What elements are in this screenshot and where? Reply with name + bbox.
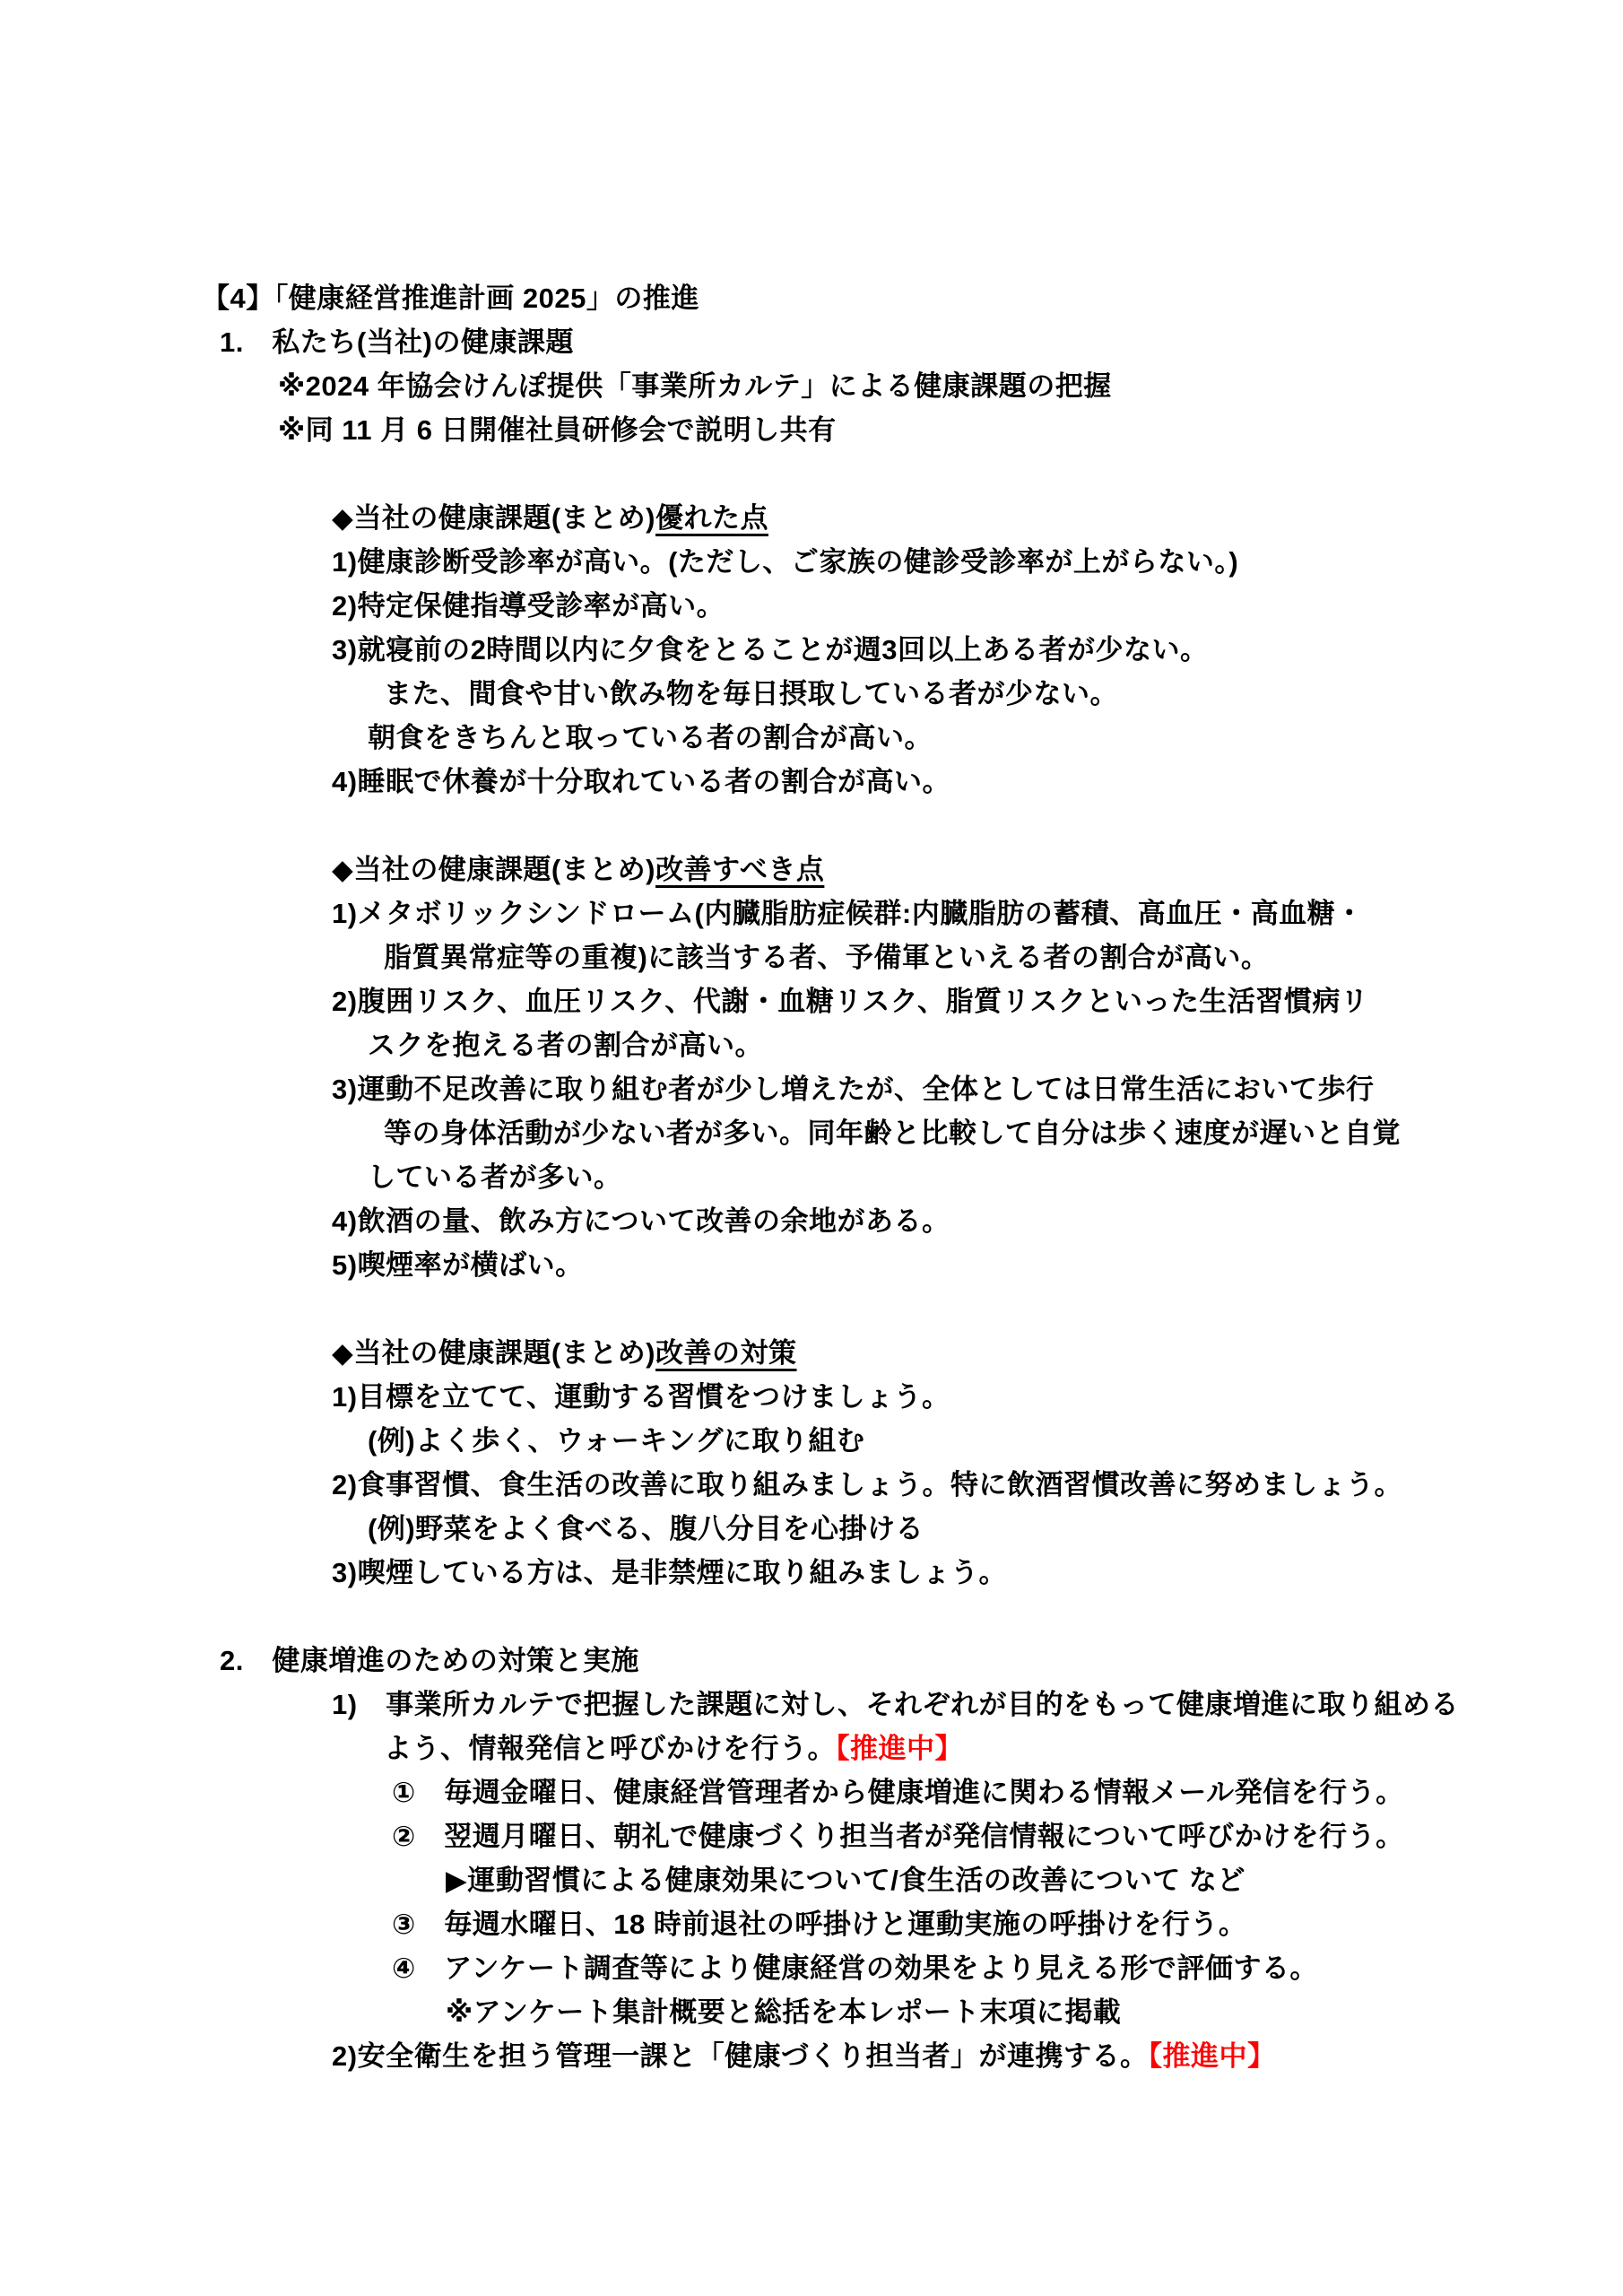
subsection-heading-measures: ◆当社の健康課題(まとめ)改善の対策 xyxy=(332,1331,1565,1375)
text-segment: 脂質異常症等の重複)に該当する者、予備軍といえる者の割合が高い。 xyxy=(384,942,1269,973)
text-segment: 1. 私たち(当社)の健康課題 xyxy=(220,326,574,358)
text-segment: 1)健康診断受診率が高い。(ただし、ご家族の健診受診率が上がらない。) xyxy=(332,546,1238,578)
subsection-heading-strengths: ◆当社の健康課題(まとめ)優れた点 xyxy=(332,496,1565,540)
text-segment: 3)喫煙している方は、是非禁煙に取り組みましょう。 xyxy=(332,1557,1007,1588)
text-segment: している者が多い。 xyxy=(368,1161,622,1193)
text-segment: ※2024 年協会けんぽ提供「事業所カルテ」による健康課題の把握 xyxy=(278,370,1112,402)
text-segment: ◆当社の健康課題(まとめ) xyxy=(332,1337,655,1369)
status-badge-promoting: 【推進中】 xyxy=(1149,2040,1276,2072)
text-segment: ◆当社の健康課題(まとめ) xyxy=(332,854,655,885)
list-item: 1)メタボリックシンドローム(内臓脂肪症候群:内臓脂肪の蓄積、高血圧・高血糖・ xyxy=(332,891,1565,935)
blank-line xyxy=(202,1287,1565,1331)
list-item: 1) 事業所カルテで把握した課題に対し、それぞれが目的をもって健康増進に取り組め… xyxy=(332,1683,1565,1726)
list-item: 4)睡眠で休養が十分取れている者の割合が高い。 xyxy=(332,760,1565,804)
text-segment: 等の身体活動が少ない者が多い。同年齢と比較して自分は歩く速度が遅いと自覚 xyxy=(384,1118,1401,1149)
list-item: 2)安全衛生を担う管理一課と「健康づくり担当者」が連携する。【推進中】 xyxy=(332,2034,1565,2078)
text-segment: ※アンケート集計概要と総括を本レポート末項に掲載 xyxy=(446,1996,1121,2028)
text-segment: ※同 11 月 6 日開催社員研修会で説明し共有 xyxy=(278,414,837,446)
list-item: 2)特定保健指導受診率が高い。 xyxy=(332,584,1565,628)
text-segment: 2)食事習慣、食生活の改善に取り組みましょう。特に飲酒習慣改善に努めましょう。 xyxy=(332,1469,1402,1500)
text-segment: 1)メタボリックシンドローム(内臓脂肪症候群:内臓脂肪の蓄積、高血圧・高血糖・ xyxy=(332,898,1364,929)
list-item-continuation: 朝食をきちんと取っている者の割合が高い。 xyxy=(368,716,1565,760)
list-item: 4)飲酒の量、飲み方について改善の余地がある。 xyxy=(332,1199,1565,1243)
list-item: 3)喫煙している方は、是非禁煙に取り組みましょう。 xyxy=(332,1551,1565,1595)
text-segment: ▶運動習慣による健康効果について/食生活の改善について など xyxy=(446,1865,1245,1896)
text-segment: 改善の対策 xyxy=(655,1337,797,1369)
list-item: 1)目標を立てて、運動する習慣をつけましょう。 xyxy=(332,1375,1565,1419)
list-item-continuation: よう、情報発信と呼びかけを行う。【推進中】 xyxy=(384,1726,1565,1770)
text-segment: 2. 健康増進のための対策と実施 xyxy=(220,1645,639,1676)
list-item-continuation: 脂質異常症等の重複)に該当する者、予備軍といえる者の割合が高い。 xyxy=(384,935,1565,979)
list-item: 2)腹囲リスク、血圧リスク、代謝・血糖リスク、脂質リスクといった生活習慣病リ xyxy=(332,979,1565,1023)
status-badge-promoting: 【推進中】 xyxy=(836,1733,963,1764)
note-line: ※2024 年協会けんぽ提供「事業所カルテ」による健康課題の把握 xyxy=(278,364,1565,408)
text-segment: スクを抱える者の割合が高い。 xyxy=(368,1030,763,1061)
text-segment: また、間食や甘い飲み物を毎日摂取している者が少ない。 xyxy=(384,678,1118,709)
text-segment: 優れた点 xyxy=(655,502,768,534)
list-item-continuation: スクを抱える者の割合が高い。 xyxy=(368,1023,1565,1067)
list-item-continuation: また、間食や甘い飲み物を毎日摂取している者が少ない。 xyxy=(384,672,1565,716)
circled-list-item: ① 毎週金曜日、健康経営管理者から健康増進に関わる情報メール発信を行う。 xyxy=(392,1770,1565,1814)
circled-list-item: ④ アンケート調査等により健康経営の効果をより見える形で評価する。 xyxy=(392,1946,1565,1990)
text-segment: ④ アンケート調査等により健康経営の効果をより見える形で評価する。 xyxy=(392,1952,1318,1984)
text-segment: (例)よく歩く、ウォーキングに取り組む xyxy=(368,1425,864,1457)
section-2-heading: 2. 健康増進のための対策と実施 xyxy=(220,1639,1565,1683)
text-segment: ① 毎週金曜日、健康経営管理者から健康増進に関わる情報メール発信を行う。 xyxy=(392,1777,1404,1808)
list-item: 1)健康診断受診率が高い。(ただし、ご家族の健診受診率が上がらない。) xyxy=(332,540,1565,584)
text-segment: 朝食をきちんと取っている者の割合が高い。 xyxy=(368,722,933,753)
circled-list-item: ② 翌週月曜日、朝礼で健康づくり担当者が発信情報について呼びかけを行う。 xyxy=(392,1814,1565,1858)
list-item-example: (例)野菜をよく食べる、腹八分目を心掛ける xyxy=(368,1507,1565,1551)
blank-line xyxy=(202,452,1565,496)
text-segment: ◆当社の健康課題(まとめ) xyxy=(332,502,655,534)
text-segment: 2)安全衛生を担う管理一課と「健康づくり担当者」が連携する。 xyxy=(332,2040,1149,2072)
list-item: 3)就寝前の2時間以内に夕食をとることが週3回以上ある者が少ない。 xyxy=(332,628,1565,672)
note-line: ※同 11 月 6 日開催社員研修会で説明し共有 xyxy=(278,408,1565,452)
list-item: 3)運動不足改善に取り組む者が少し増えたが、全体としては日常生活において歩行 xyxy=(332,1067,1565,1111)
text-segment: 3)就寝前の2時間以内に夕食をとることが週3回以上ある者が少ない。 xyxy=(332,634,1209,665)
section-1-heading: 1. 私たち(当社)の健康課題 xyxy=(220,320,1565,364)
text-segment: よう、情報発信と呼びかけを行う。 xyxy=(384,1733,836,1764)
text-segment: ② 翌週月曜日、朝礼で健康づくり担当者が発信情報について呼びかけを行う。 xyxy=(392,1821,1404,1852)
text-segment: 改善すべき点 xyxy=(655,854,824,885)
blank-line xyxy=(202,804,1565,848)
text-segment: 1)目標を立てて、運動する習慣をつけましょう。 xyxy=(332,1381,950,1413)
circled-list-item: ③ 毎週水曜日、18 時前退社の呼掛けと運動実施の呼掛けを行う。 xyxy=(392,1902,1565,1946)
text-segment: 4)飲酒の量、飲み方について改善の余地がある。 xyxy=(332,1205,950,1237)
text-segment: 5)喫煙率が横ばい。 xyxy=(332,1249,584,1281)
text-segment: 4)睡眠で休養が十分取れている者の割合が高い。 xyxy=(332,766,950,797)
list-item: 2)食事習慣、食生活の改善に取り組みましょう。特に飲酒習慣改善に努めましょう。 xyxy=(332,1463,1565,1507)
subsection-heading-improvements: ◆当社の健康課題(まとめ)改善すべき点 xyxy=(332,848,1565,891)
document-title: 【4】「健康経営推進計画 2025」の推進 xyxy=(202,276,1565,320)
text-segment: 1) 事業所カルテで把握した課題に対し、それぞれが目的をもって健康増進に取り組め… xyxy=(332,1689,1459,1720)
text-segment: ③ 毎週水曜日、18 時前退社の呼掛けと運動実施の呼掛けを行う。 xyxy=(392,1909,1246,1940)
triangle-note-line: ▶運動習慣による健康効果について/食生活の改善について など xyxy=(446,1858,1565,1902)
blank-line xyxy=(202,1595,1565,1639)
text-segment: 【4】「健康経営推進計画 2025」の推進 xyxy=(202,283,699,314)
document-body: 【4】「健康経営推進計画 2025」の推進1. 私たち(当社)の健康課題※202… xyxy=(202,276,1565,2078)
text-segment: 3)運動不足改善に取り組む者が少し増えたが、全体としては日常生活において歩行 xyxy=(332,1074,1375,1105)
list-item-example: (例)よく歩く、ウォーキングに取り組む xyxy=(368,1419,1565,1463)
document-page: 【4】「健康経営推進計画 2025」の推進1. 私たち(当社)の健康課題※202… xyxy=(0,0,1623,2296)
text-segment: 2)特定保健指導受診率が高い。 xyxy=(332,590,725,622)
list-item: 5)喫煙率が横ばい。 xyxy=(332,1243,1565,1287)
text-segment: (例)野菜をよく食べる、腹八分目を心掛ける xyxy=(368,1513,924,1544)
note-line: ※アンケート集計概要と総括を本レポート末項に掲載 xyxy=(446,1990,1565,2034)
list-item-continuation: 等の身体活動が少ない者が多い。同年齢と比較して自分は歩く速度が遅いと自覚 xyxy=(384,1111,1565,1155)
list-item-continuation: している者が多い。 xyxy=(368,1155,1565,1199)
text-segment: 2)腹囲リスク、血圧リスク、代謝・血糖リスク、脂質リスクといった生活習慣病リ xyxy=(332,986,1368,1017)
